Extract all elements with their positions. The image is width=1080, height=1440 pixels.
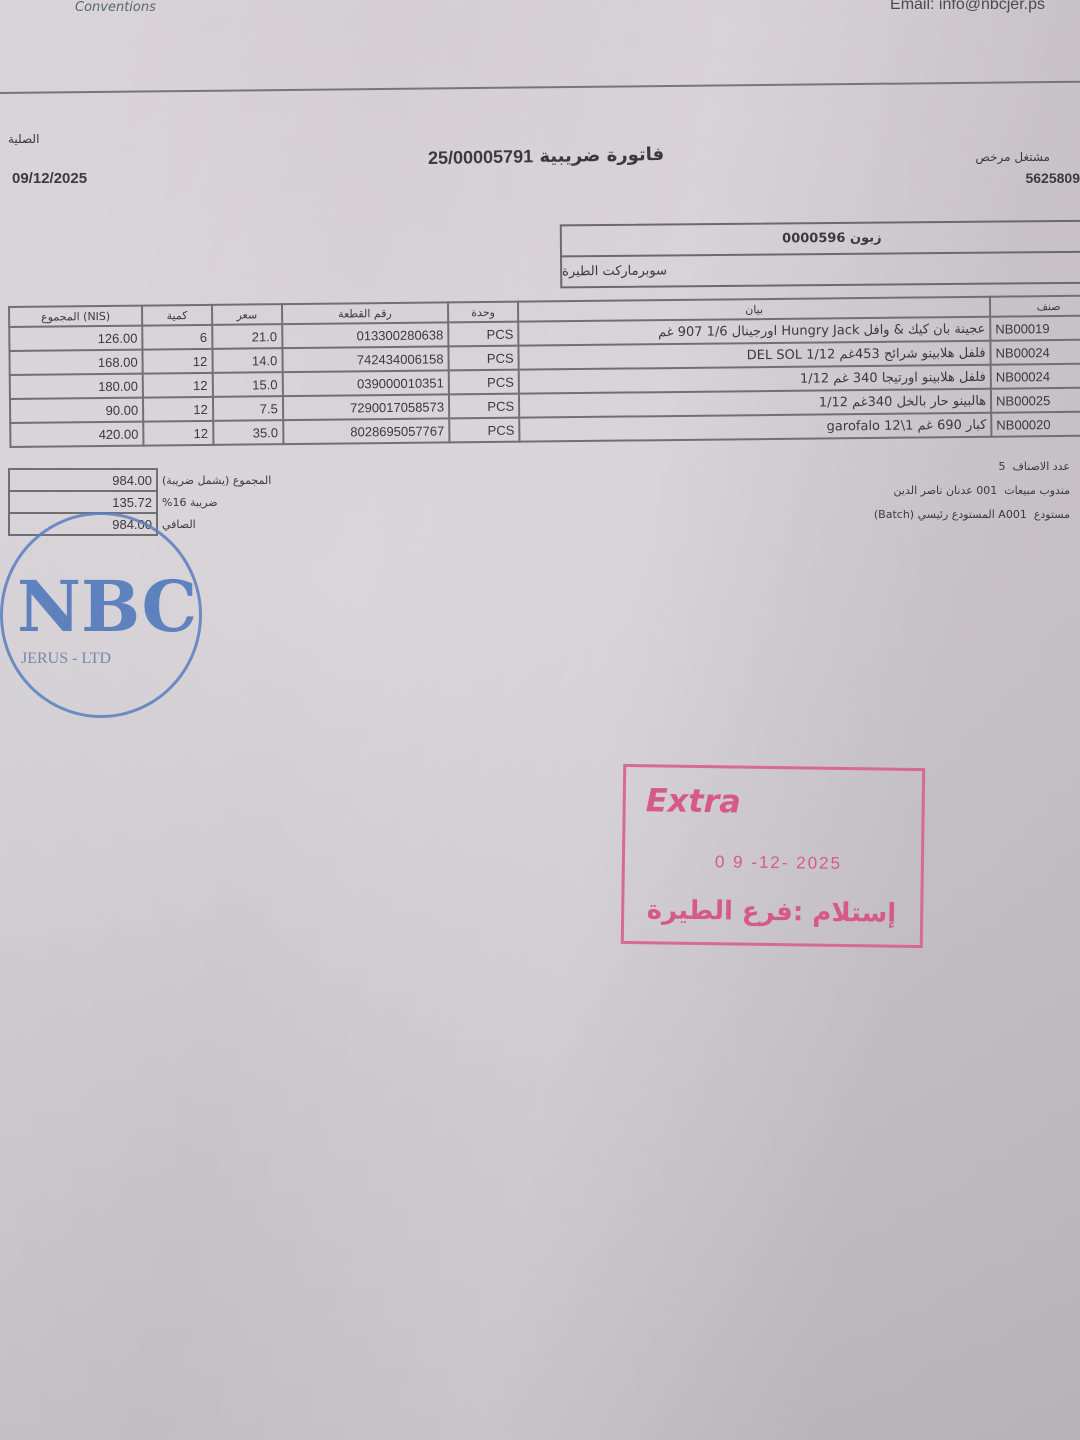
items-table: المجموع (NIS) كمية سعر رقم القطعة وحدة ب…	[8, 294, 1080, 448]
customer-box: زبون 0000596 سوبرماركت الطيرة	[560, 220, 1080, 289]
customer-id-label: زبون	[850, 231, 882, 246]
items-count: 5	[999, 460, 1006, 473]
invoice-meta: عدد الاصناف 5 مندوب مبيعات 001 عدنان ناص…	[874, 455, 1070, 527]
receipt-stamp-brand: Extra	[646, 781, 742, 820]
tax-label: ضريبة 16%	[157, 491, 327, 513]
invoice-number: 25/00005791	[428, 146, 533, 168]
cell-unit: PCS	[449, 394, 519, 419]
cell-unit: PCS	[448, 322, 518, 347]
cell-qty: 12	[143, 349, 213, 374]
date-label: الصلية	[8, 132, 39, 146]
warehouse: A001 المستودع رئيسي (Batch)	[874, 508, 1027, 521]
brand-fragment: Conventions	[75, 0, 156, 15]
stamp-subtext: JERUS - LTD	[21, 650, 111, 668]
cell-qty: 12	[143, 421, 213, 446]
col-qty: كمية	[142, 305, 212, 326]
invoice-title-text: فاتورة ضريبية	[539, 144, 664, 167]
company-stamp: NBC JERUS - LTD	[0, 512, 202, 718]
cell-barcode: 039000010351	[282, 370, 449, 396]
stamp-logo: NBC	[17, 565, 197, 648]
customer-id-row: زبون 0000596	[562, 222, 1080, 258]
cell-barcode: 742434006158	[282, 346, 449, 372]
cell-code: NB00020	[991, 411, 1080, 436]
cell-total: 126.00	[9, 326, 142, 351]
cell-price: 21.0	[212, 324, 282, 349]
warehouse-line: مستودع A001 المستودع رئيسي (Batch)	[874, 503, 1070, 527]
invoice-paper	[0, 0, 1080, 1440]
subtotal-value: 984.00	[9, 469, 157, 491]
receipt-stamp: Extra 0 9 -12- 2025 إستلام :فرع الطيرة	[621, 764, 925, 948]
net-label: الصافي	[157, 513, 327, 535]
col-price: سعر	[212, 304, 282, 325]
cell-qty: 12	[143, 397, 213, 422]
items-count-line: عدد الاصناف 5	[874, 455, 1070, 479]
customer-name: سوبرماركت الطيرة	[562, 253, 1080, 287]
col-barcode: رقم القطعة	[282, 302, 449, 324]
invoice-date: 09/12/2025	[12, 170, 87, 187]
tax-row: 135.72 ضريبة 16%	[9, 491, 327, 513]
tax-value: 135.72	[9, 491, 157, 513]
cell-price: 14.0	[212, 348, 282, 373]
col-code: صنف	[990, 295, 1080, 316]
cell-price: 7.5	[213, 396, 283, 421]
col-unit: وحدة	[448, 302, 518, 323]
cell-code: NB00024	[991, 363, 1080, 388]
cell-total: 90.00	[10, 398, 143, 423]
subtotal-row: 984.00 المجموع (يشمل ضريبة)	[9, 469, 327, 491]
cell-barcode: 8028695057767	[283, 418, 450, 444]
cell-price: 15.0	[212, 372, 282, 397]
cell-total: 420.00	[10, 422, 143, 447]
licensed-dealer-number: 5625809	[1025, 170, 1080, 186]
cell-qty: 6	[142, 325, 212, 350]
cell-total: 168.00	[9, 350, 142, 375]
cell-code: NB00019	[990, 315, 1080, 340]
licensed-dealer-label: مشتغل مرخص	[975, 150, 1050, 164]
salesman: 001 عدنان ناصر الدين	[894, 484, 998, 497]
cell-code: NB00025	[991, 387, 1080, 412]
cell-unit: PCS	[448, 346, 518, 371]
cell-code: NB00024	[990, 339, 1080, 364]
cell-unit: PCS	[449, 370, 519, 395]
receipt-stamp-branch: إستلام :فرع الطيرة	[647, 895, 897, 928]
cell-total: 180.00	[10, 374, 143, 399]
cell-unit: PCS	[449, 418, 519, 443]
receipt-stamp-date: 0 9 -12- 2025	[715, 852, 842, 874]
company-email: Email: info@nbcjer.ps	[890, 0, 1045, 14]
cell-description: كبار 690 غم 1\12 garofalo	[519, 413, 991, 442]
cell-barcode: 013300280638	[282, 322, 449, 348]
cell-barcode: 7290017058573	[283, 394, 450, 420]
cell-qty: 12	[143, 373, 213, 398]
subtotal-label: المجموع (يشمل ضريبة)	[157, 469, 327, 491]
invoice-title: 25/00005791 فاتورة ضريبية	[428, 144, 665, 169]
cell-price: 35.0	[213, 420, 283, 445]
salesman-line: مندوب مبيعات 001 عدنان ناصر الدين	[874, 479, 1070, 503]
customer-id: 0000596	[782, 231, 845, 247]
col-total: المجموع (NIS)	[9, 306, 142, 327]
